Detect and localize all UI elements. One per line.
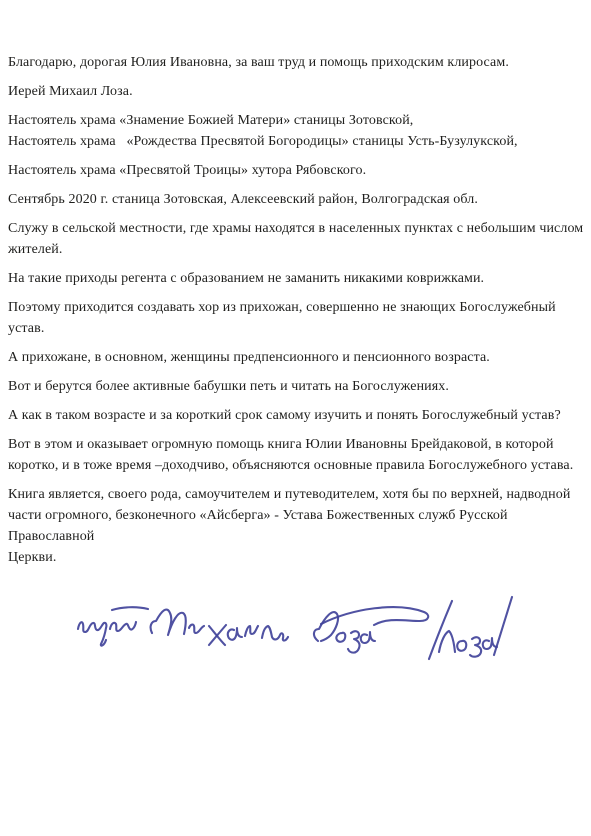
paragraph-question: А как в таком возрасте и за короткий сро…: [8, 405, 587, 426]
paragraph-choir: Поэтому приходится создавать хор из прих…: [8, 297, 587, 339]
paragraph-parishes-2: Настоятель храма «Пресвятой Троицы» хуто…: [8, 160, 587, 181]
signature-block: [68, 588, 534, 680]
paragraph-rural-service: Служу в сельской местности, где храмы на…: [8, 218, 587, 260]
document-page: Благодарю, дорогая Юлия Ивановна, за ваш…: [0, 0, 591, 836]
paragraph-parishioners: А прихожане, в основном, женщины предпен…: [8, 347, 587, 368]
paragraph-date-place: Сентябрь 2020 г. станица Зотовская, Алек…: [8, 189, 587, 210]
paragraph-book-iceberg: Книга является, своего рода, самоучителе…: [8, 484, 587, 568]
paragraph-no-regent: На такие приходы регента с образованием …: [8, 268, 587, 289]
paragraph-greeting: Благодарю, дорогая Юлия Ивановна, за ваш…: [8, 52, 587, 73]
paragraph-author: Иерей Михаил Лоза.: [8, 81, 587, 102]
signature-handwriting: [68, 588, 534, 680]
signature-ink: [78, 597, 512, 659]
paragraph-parishes-1: Настоятель храма «Знамение Божией Матери…: [8, 110, 587, 152]
paragraph-book-help: Вот в этом и оказывает огромную помощь к…: [8, 434, 587, 476]
letter-body: Благодарю, дорогая Юлия Ивановна, за ваш…: [0, 0, 591, 680]
paragraph-grandmothers: Вот и берутся более активные бабушки пет…: [8, 376, 587, 397]
